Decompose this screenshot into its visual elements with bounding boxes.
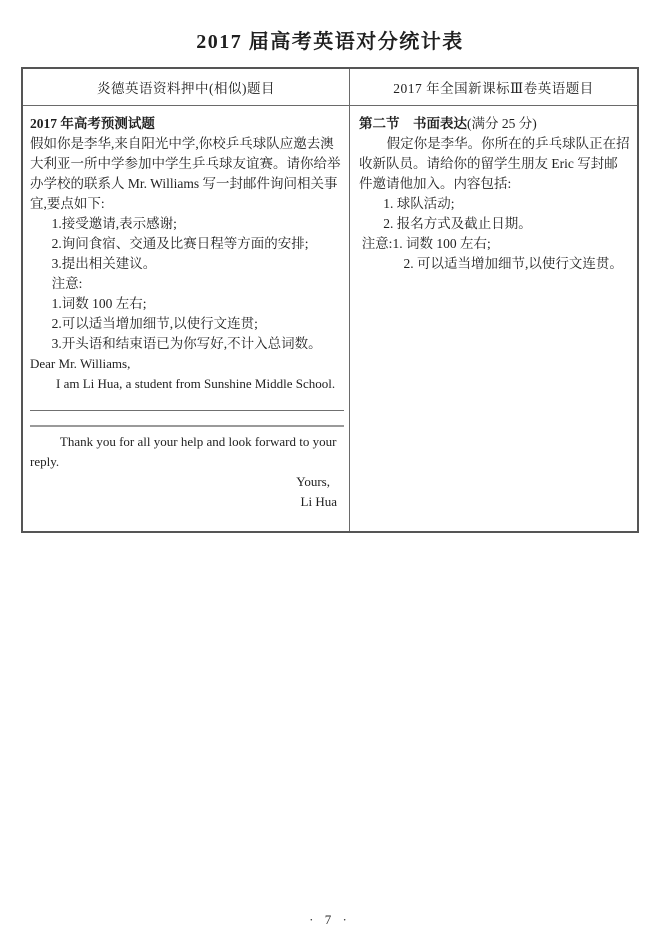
table-header-right: 2017 年全国新课标Ⅲ卷英语题目	[350, 69, 637, 105]
list-item: 2.可以适当增加细节,以使行文连贯;	[52, 314, 344, 334]
question-heading: 第二节 书面表达(满分 25 分)	[359, 114, 631, 134]
table-body-row: 2017 年高考预测试题 假如你是李华,来自阳光中学,你校乒乓球队应邀去澳大利亚…	[23, 106, 637, 531]
document-page: 2017 届高考英语对分统计表 炎德英语资料押中(相似)题目 2017 年全国新…	[0, 0, 660, 54]
section-score: (满分 25 分)	[467, 116, 537, 131]
page-number: · 7 ·	[0, 912, 660, 928]
note-line: 2. 可以适当增加细节,以使行文连贯。	[404, 254, 631, 274]
list-item: 2. 报名方式及截止日期。	[383, 214, 631, 234]
table-header-row: 炎德英语资料押中(相似)题目 2017 年全国新课标Ⅲ卷英语题目	[23, 69, 637, 106]
page-title: 2017 届高考英语对分统计表	[0, 0, 660, 54]
right-question-cell: 第二节 书面表达(满分 25 分) 假定你是李华。你所在的乒乓球队正在招收新队员…	[350, 106, 637, 531]
question-intro: 假定你是李华。你所在的乒乓球队正在招收新队员。请给你的留学生朋友 Eric 写封…	[359, 134, 631, 194]
section-label: 第二节 书面表达	[359, 116, 467, 131]
question-intro: 假如你是李华,来自阳光中学,你校乒乓球队应邀去澳大利亚一所中学参加中学生乒乓球友…	[30, 134, 344, 214]
salutation: Dear Mr. Williams,	[30, 354, 344, 374]
list-item: 1.接受邀请,表示感谢;	[52, 214, 344, 234]
question-heading: 2017 年高考预测试题	[30, 114, 344, 134]
signoff: Yours,	[30, 472, 344, 492]
closing-line: Thank you for all your help and look for…	[30, 432, 344, 472]
list-item: 3.开头语和结束语已为你写好,不计入总词数。	[52, 334, 344, 354]
writing-line	[30, 411, 344, 427]
table-header-left: 炎德英语资料押中(相似)题目	[23, 69, 350, 105]
comparison-table: 炎德英语资料押中(相似)题目 2017 年全国新课标Ⅲ卷英语题目 2017 年高…	[21, 67, 639, 533]
left-question-cell: 2017 年高考预测试题 假如你是李华,来自阳光中学,你校乒乓球队应邀去澳大利亚…	[23, 106, 350, 531]
list-item: 2.询问食宿、交通及比赛日程等方面的安排;	[52, 234, 344, 254]
notes-label: 注意:	[52, 274, 344, 294]
note-line: 注意:1. 词数 100 左右;	[362, 234, 631, 254]
list-item: 1. 球队活动;	[383, 194, 631, 214]
list-item: 3.提出相关建议。	[52, 254, 344, 274]
signature: Li Hua	[30, 492, 344, 511]
list-item: 1.词数 100 左右;	[52, 294, 344, 314]
opening-line: I am Li Hua, a student from Sunshine Mid…	[30, 374, 344, 394]
writing-line	[30, 398, 344, 411]
